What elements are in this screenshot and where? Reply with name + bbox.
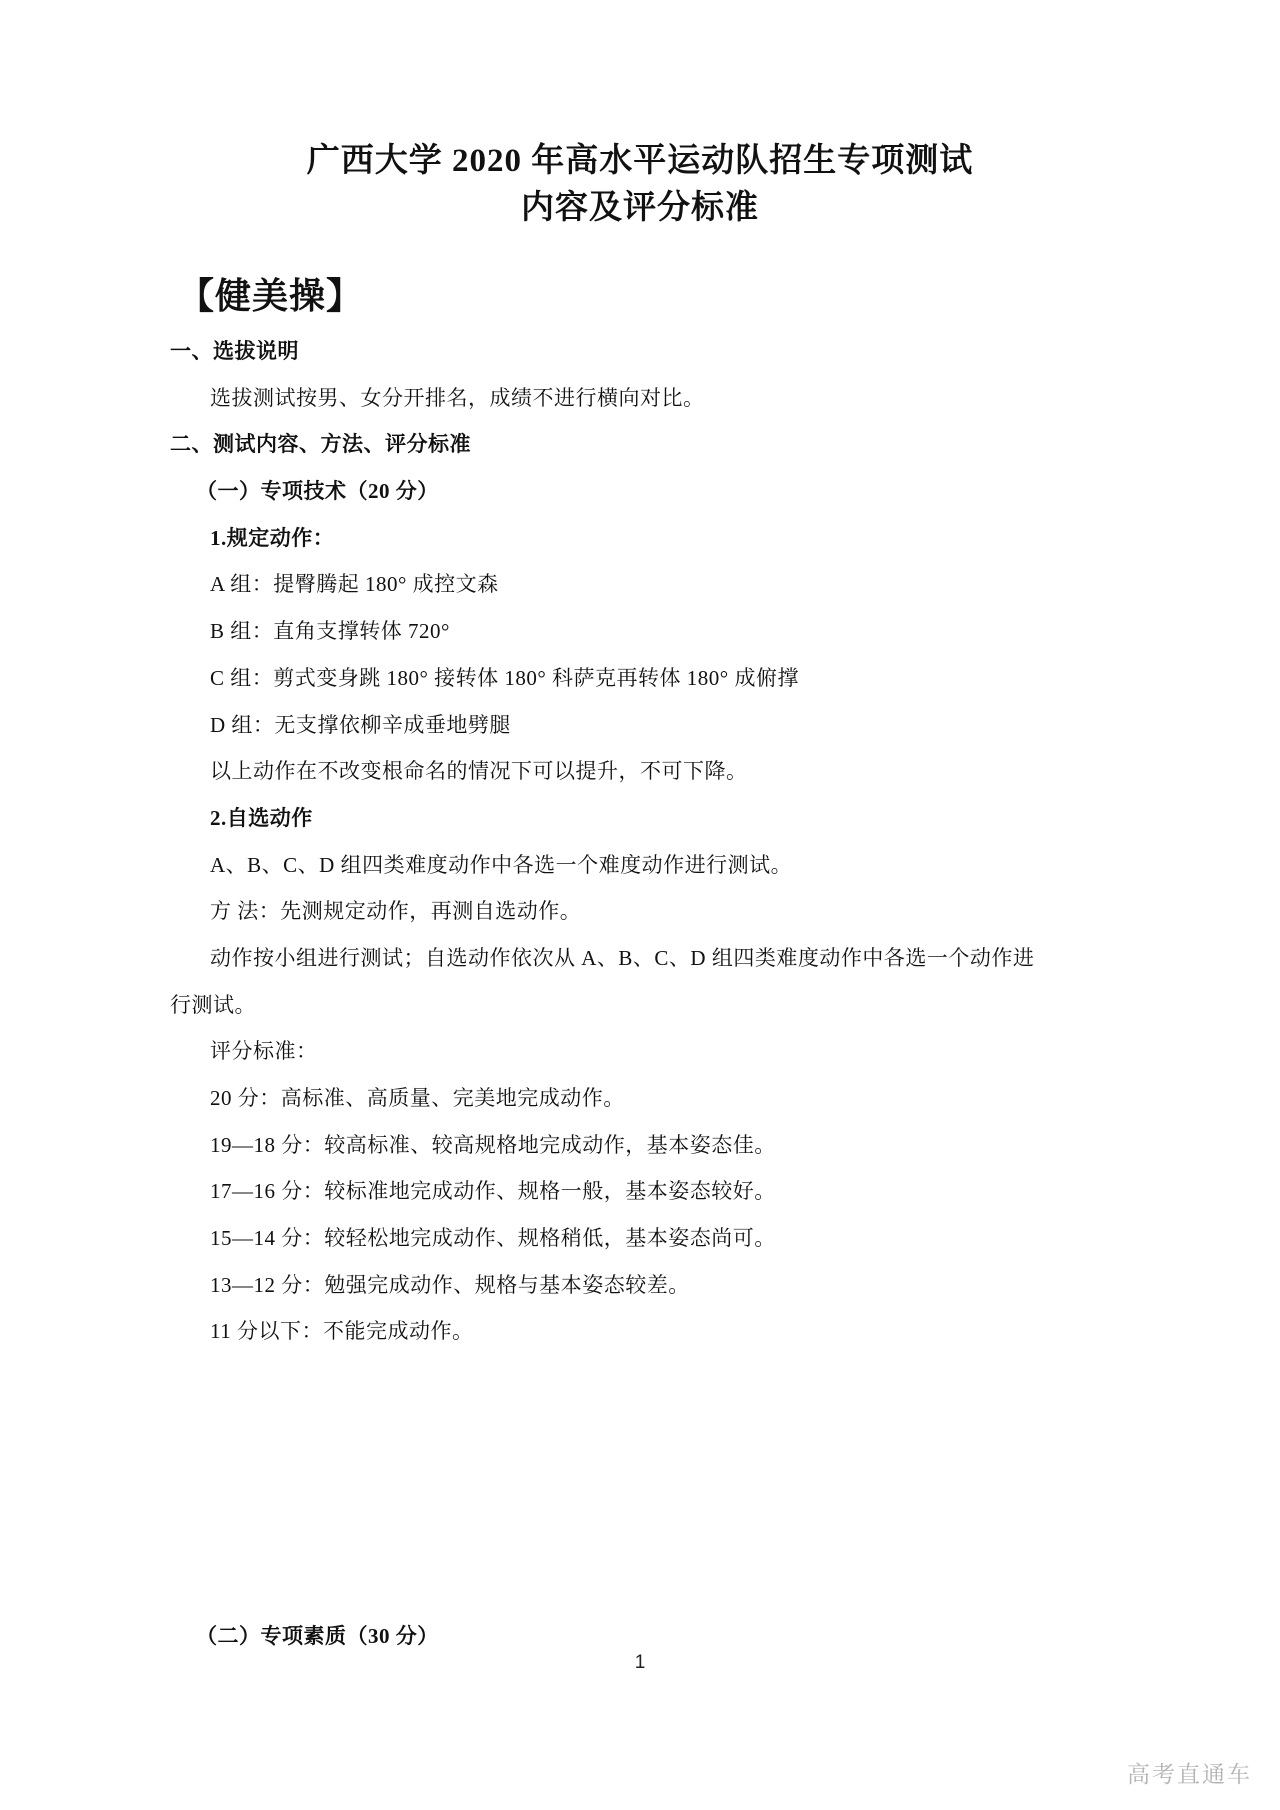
section-1-heading: 一、选拔说明	[0, 328, 1280, 375]
document-title-line1: 广西大学 2020 年高水平运动队招生专项测试	[0, 138, 1280, 185]
score-19-18-line: 19—18 分：较高标准、较高规格地完成动作，基本姿态佳。	[0, 1122, 1280, 1169]
required-moves-heading: 1.规定动作：	[0, 515, 1280, 562]
scoring-criteria-label: 评分标准：	[0, 1028, 1280, 1075]
document-title: 广西大学 2020 年高水平运动队招生专项测试 内容及评分标准	[0, 138, 1280, 232]
group-c-line: C 组：剪式变身跳 180° 接转体 180° 科萨克再转体 180° 成俯撑	[0, 655, 1280, 702]
watermark-text: 高考直通车	[1127, 1756, 1252, 1789]
document-title-line2: 内容及评分标准	[0, 185, 1280, 232]
score-15-14-line: 15—14 分：较轻松地完成动作、规格稍低，基本姿态尚可。	[0, 1215, 1280, 1262]
upgrade-note-line: 以上动作在不改变根命名的情况下可以提升，不可下降。	[0, 748, 1280, 795]
section-2-heading: 二、测试内容、方法、评分标准	[0, 421, 1280, 468]
score-13-12-line: 13—12 分：勉强完成动作、规格与基本姿态较差。	[0, 1262, 1280, 1309]
test-procedure-line-2: 行测试。	[0, 982, 1280, 1029]
optional-moves-heading: 2.自选动作	[0, 795, 1280, 842]
group-a-line: A 组：提臀腾起 180° 成控文森	[0, 561, 1280, 608]
group-b-line: B 组：直角支撑转体 720°	[0, 608, 1280, 655]
score-below-11-line: 11 分以下：不能完成动作。	[0, 1308, 1280, 1355]
optional-moves-desc-line: A、B、C、D 组四类难度动作中各选一个难度动作进行测试。	[0, 842, 1280, 889]
test-procedure-line-1: 动作按小组进行测试；自选动作依次从 A、B、C、D 组四类难度动作中各选一个动作…	[0, 935, 1280, 982]
selection-note-paragraph: 选拔测试按男、女分开排名，成绩不进行横向对比。	[0, 375, 1280, 422]
score-17-16-line: 17—16 分：较标准地完成动作、规格一般，基本姿态较好。	[0, 1168, 1280, 1215]
sport-section-heading: 【健美操】	[178, 268, 363, 319]
document-page: 广西大学 2020 年高水平运动队招生专项测试 内容及评分标准 【健美操】 一、…	[0, 0, 1280, 1810]
page-number: 1	[0, 1652, 1280, 1674]
method-line: 方 法：先测规定动作，再测自选动作。	[0, 888, 1280, 935]
score-20-line: 20 分：高标准、高质量、完美地完成动作。	[0, 1075, 1280, 1122]
subsection-2-heading: （二）专项素质（30 分）	[196, 1620, 439, 1650]
group-d-line: D 组：无支撑依柳辛成垂地劈腿	[0, 702, 1280, 749]
subsection-1-heading: （一）专项技术（20 分）	[0, 468, 1280, 515]
document-body: 一、选拔说明 选拔测试按男、女分开排名，成绩不进行横向对比。 二、测试内容、方法…	[0, 328, 1280, 1355]
